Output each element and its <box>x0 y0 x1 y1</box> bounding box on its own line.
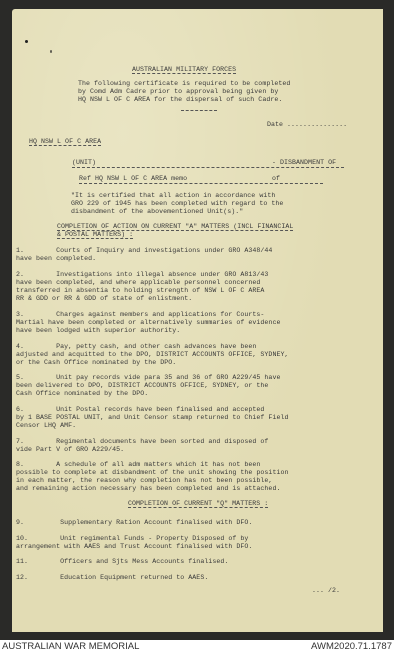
unit-line <box>72 167 344 168</box>
item-7-line-2: vide Part V of GRO A229/45. <box>16 446 124 453</box>
date-field: Date ............... <box>267 121 347 128</box>
item-12-line-1: Education Equipment returned to AAES. <box>16 574 208 581</box>
item-2-line-1: Investigations into illegal absence unde… <box>16 271 268 278</box>
disbandment-label: - DISBANDMENT OF <box>272 159 336 166</box>
item-3-number: 3. <box>16 311 24 318</box>
item-11-number: 11. <box>16 558 28 565</box>
item-8-number: 8. <box>16 461 24 468</box>
unit-label: (UNIT) <box>72 159 96 166</box>
item-9-line-1: Supplementary Ration Account finalised w… <box>16 519 252 526</box>
ink-spot <box>50 50 52 53</box>
intro-line-2: by Comd Adm Cadre prior to approval bein… <box>78 88 278 95</box>
ref-label: Ref HQ NSW L OF C AREA memo <box>79 175 187 182</box>
item-6-number: 6. <box>16 406 24 413</box>
item-12-number: 12. <box>16 574 28 581</box>
item-3-line-3: have been lodged with superior authority… <box>16 327 180 334</box>
section-a-heading-2: & POSTAL MATTERS) : <box>57 231 133 239</box>
item-5-line-3: Cash Office nominated by the DPO. <box>16 390 148 397</box>
item-2-line-4: RR & GDD or RR & GDD of state of enlistm… <box>16 295 192 302</box>
item-7-line-1: Regimental documents have been sorted an… <box>16 438 268 445</box>
accession-number: AWM2020.71.1787 <box>311 641 392 653</box>
item-4-line-1: Pay, petty cash, and other cash advances… <box>16 343 256 350</box>
item-5-line-1: Unit pay records vide para 35 and 36 of … <box>16 374 280 381</box>
document-title: AUSTRALIAN MILITARY FORCES <box>132 66 236 74</box>
item-8-line-3: in each matter, the reason why completio… <box>16 477 272 484</box>
section-q-heading: COMPLETION OF CURRENT "Q" MATTERS : <box>128 500 268 508</box>
institution-label: AUSTRALIAN WAR MEMORIAL <box>2 641 139 653</box>
item-2-number: 2. <box>16 271 24 278</box>
item-4-line-2: adjusted and acquitted to the DPO, DISTR… <box>16 351 288 358</box>
item-1-number: 1. <box>16 247 24 254</box>
item-3-line-2: Martial have been completed or alternati… <box>16 319 280 326</box>
item-10-line-1: Unit regimental Funds - Property Dispose… <box>16 535 248 542</box>
item-8-line-4: and remaining action necessary has been … <box>16 485 280 492</box>
certification-line-3: disbandment of the abovementioned Unit(s… <box>71 208 243 215</box>
certification-line-1: "It is certified that all action in acco… <box>71 192 275 199</box>
certification-line-2: GRO 229 of 1945 has been completed with … <box>71 200 283 207</box>
intro-line-3: HQ NSW L OF C AREA for the dispersal of … <box>78 96 282 103</box>
item-6-line-2: by 1 BASE POSTAL UNIT, and Unit Censor s… <box>16 414 288 421</box>
item-2-line-3: transferred in absentia to holding stren… <box>16 287 264 294</box>
ink-spot <box>25 40 28 43</box>
item-1-line-2: have been completed. <box>16 255 96 262</box>
item-5-number: 5. <box>16 374 24 381</box>
item-6-line-1: Unit Postal records have been finalised … <box>16 406 264 413</box>
divider <box>181 110 217 111</box>
item-8-line-1: A schedule of all adm matters which it h… <box>16 461 260 468</box>
item-5-line-2: been delivered to DPO, DISTRICT ACCOUNTS… <box>16 382 268 389</box>
page-continuation: ... /2. <box>312 587 340 594</box>
item-2-line-2: have been completed, and where applicabl… <box>16 279 260 286</box>
item-10-number: 10. <box>16 535 28 542</box>
item-9-number: 9. <box>16 519 24 526</box>
item-3-line-1: Charges against members and applications… <box>16 311 264 318</box>
addressee: HQ NSW L OF C AREA <box>29 138 101 146</box>
ref-of: of <box>272 175 280 182</box>
item-4-number: 4. <box>16 343 24 350</box>
item-8-line-2: possible to complete at disbandment of t… <box>16 469 288 476</box>
ref-line <box>79 183 323 184</box>
item-11-line-1: Officers and Sjts Mess Accounts finalise… <box>16 558 228 565</box>
item-4-line-3: or the Cash Office nominated by the DPO. <box>16 359 176 366</box>
intro-line-1: The following certificate is required to… <box>78 80 290 87</box>
item-6-line-3: Censor LHQ AMF. <box>16 422 76 429</box>
document-page: AUSTRALIAN MILITARY FORCES The following… <box>12 9 383 632</box>
item-10-line-2: arrangement with AAES and Trust Account … <box>16 543 252 550</box>
item-1-line-1: Courts of Inquiry and investigations und… <box>16 247 272 254</box>
item-7-number: 7. <box>16 438 24 445</box>
